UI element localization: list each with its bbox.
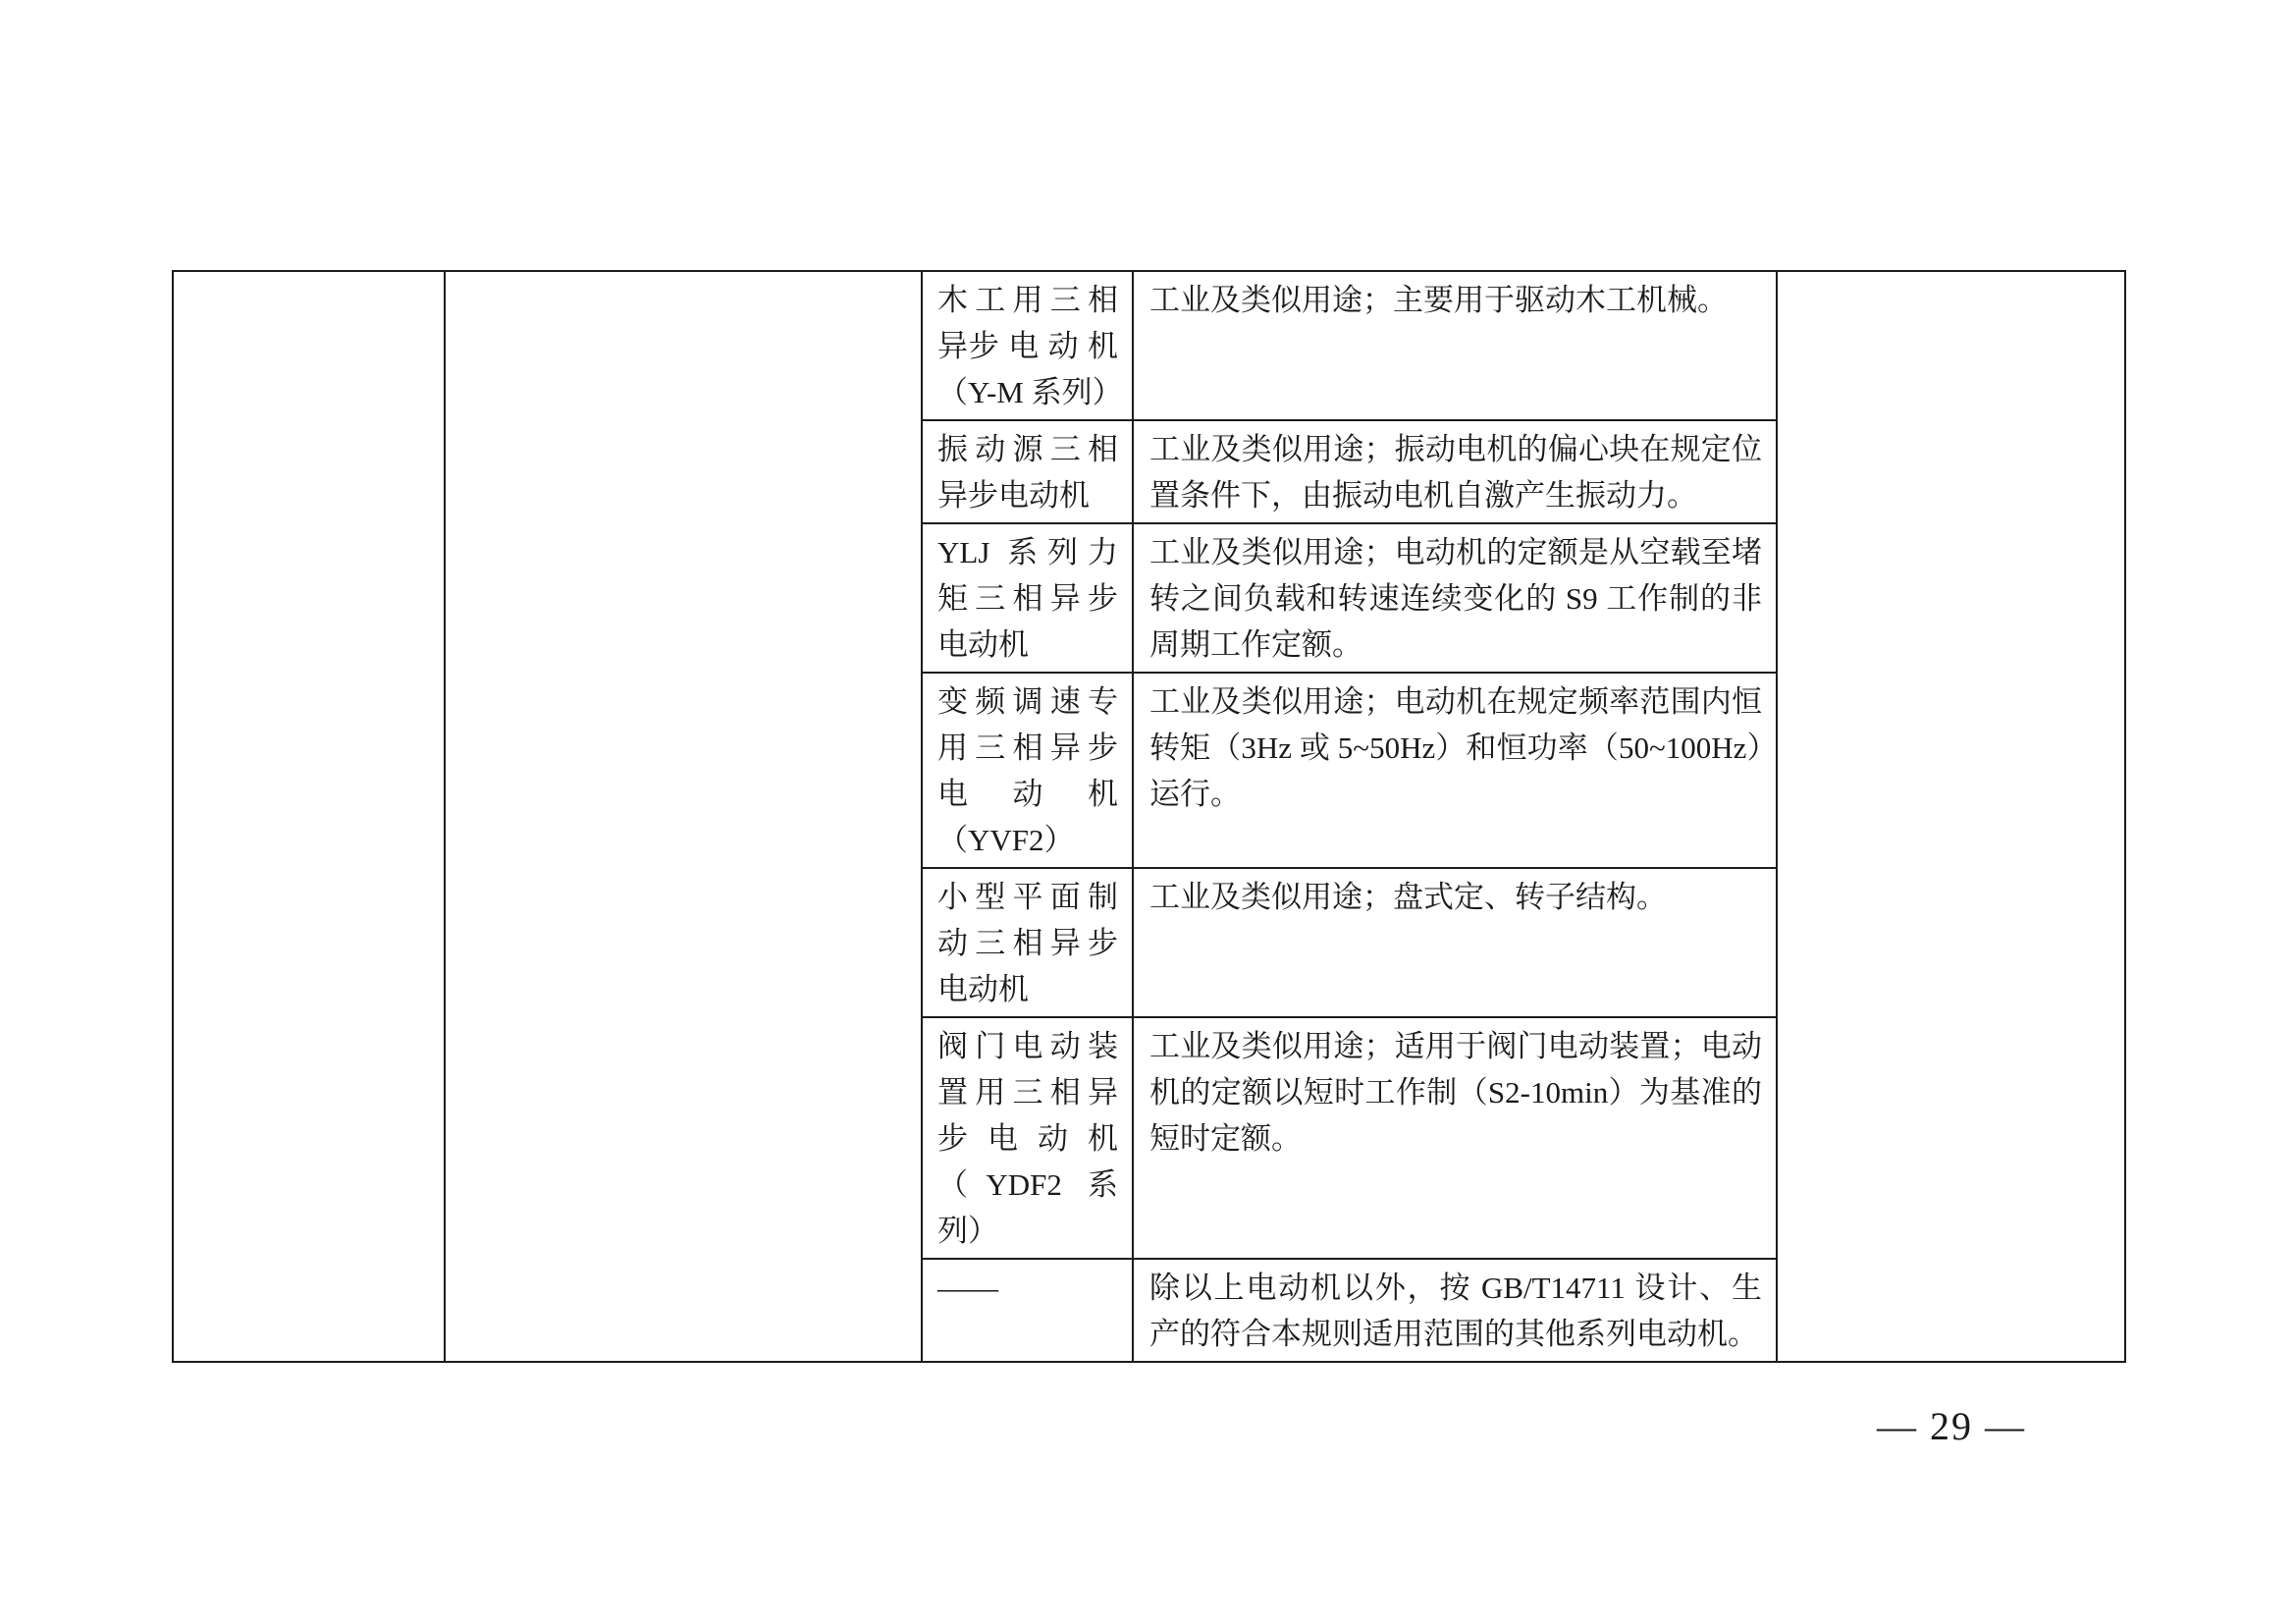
- motor-series-table: 木工用三相异步 电 动 机（Y-M 系列） 工业及类似用途；主要用于驱动木工机械…: [172, 270, 2126, 1363]
- motor-description-cell: 工业及类似用途；适用于阀门电动装置；电动机的定额以短时工作制（S2-10min）…: [1133, 1017, 1777, 1259]
- motor-name-cell: 振动源三相异步电动机: [922, 420, 1133, 523]
- right-spacer-cell: [1777, 271, 2125, 1362]
- motor-name-cell: ——: [922, 1259, 1133, 1362]
- motor-name-cell: 木工用三相异步 电 动 机（Y-M 系列）: [922, 271, 1133, 420]
- table-row: 木工用三相异步 电 动 机（Y-M 系列） 工业及类似用途；主要用于驱动木工机械…: [173, 271, 2125, 420]
- motor-description-cell: 工业及类似用途；振动电机的偏心块在规定位置条件下，由振动电机自激产生振动力。: [1133, 420, 1777, 523]
- motor-description-cell: 工业及类似用途；主要用于驱动木工机械。: [1133, 271, 1777, 420]
- motor-name-cell: 阀门电动装置用三相异步电动机（YDF2 系列）: [922, 1017, 1133, 1259]
- motor-description-cell: 工业及类似用途；电动机在规定频率范围内恒转矩（3Hz 或 5~50Hz）和恒功率…: [1133, 673, 1777, 868]
- motor-name-cell: 变频调速专用三相异步电动机（YVF2）: [922, 673, 1133, 868]
- left-spacer-cell: [173, 271, 445, 1362]
- motor-name-cell: 小型平面制动三相异步电动机: [922, 868, 1133, 1017]
- motor-description-cell: 除以上电动机以外，按 GB/T14711 设计、生产的符合本规则适用范围的其他系…: [1133, 1259, 1777, 1362]
- second-spacer-cell: [445, 271, 922, 1362]
- motor-description-cell: 工业及类似用途；电动机的定额是从空载至堵转之间负载和转速连续变化的 S9 工作制…: [1133, 523, 1777, 673]
- motor-description-cell: 工业及类似用途；盘式定、转子结构。: [1133, 868, 1777, 1017]
- page-number: — 29 —: [1877, 1404, 2073, 1449]
- motor-name-cell: YLJ 系列力矩三相异步电动机: [922, 523, 1133, 673]
